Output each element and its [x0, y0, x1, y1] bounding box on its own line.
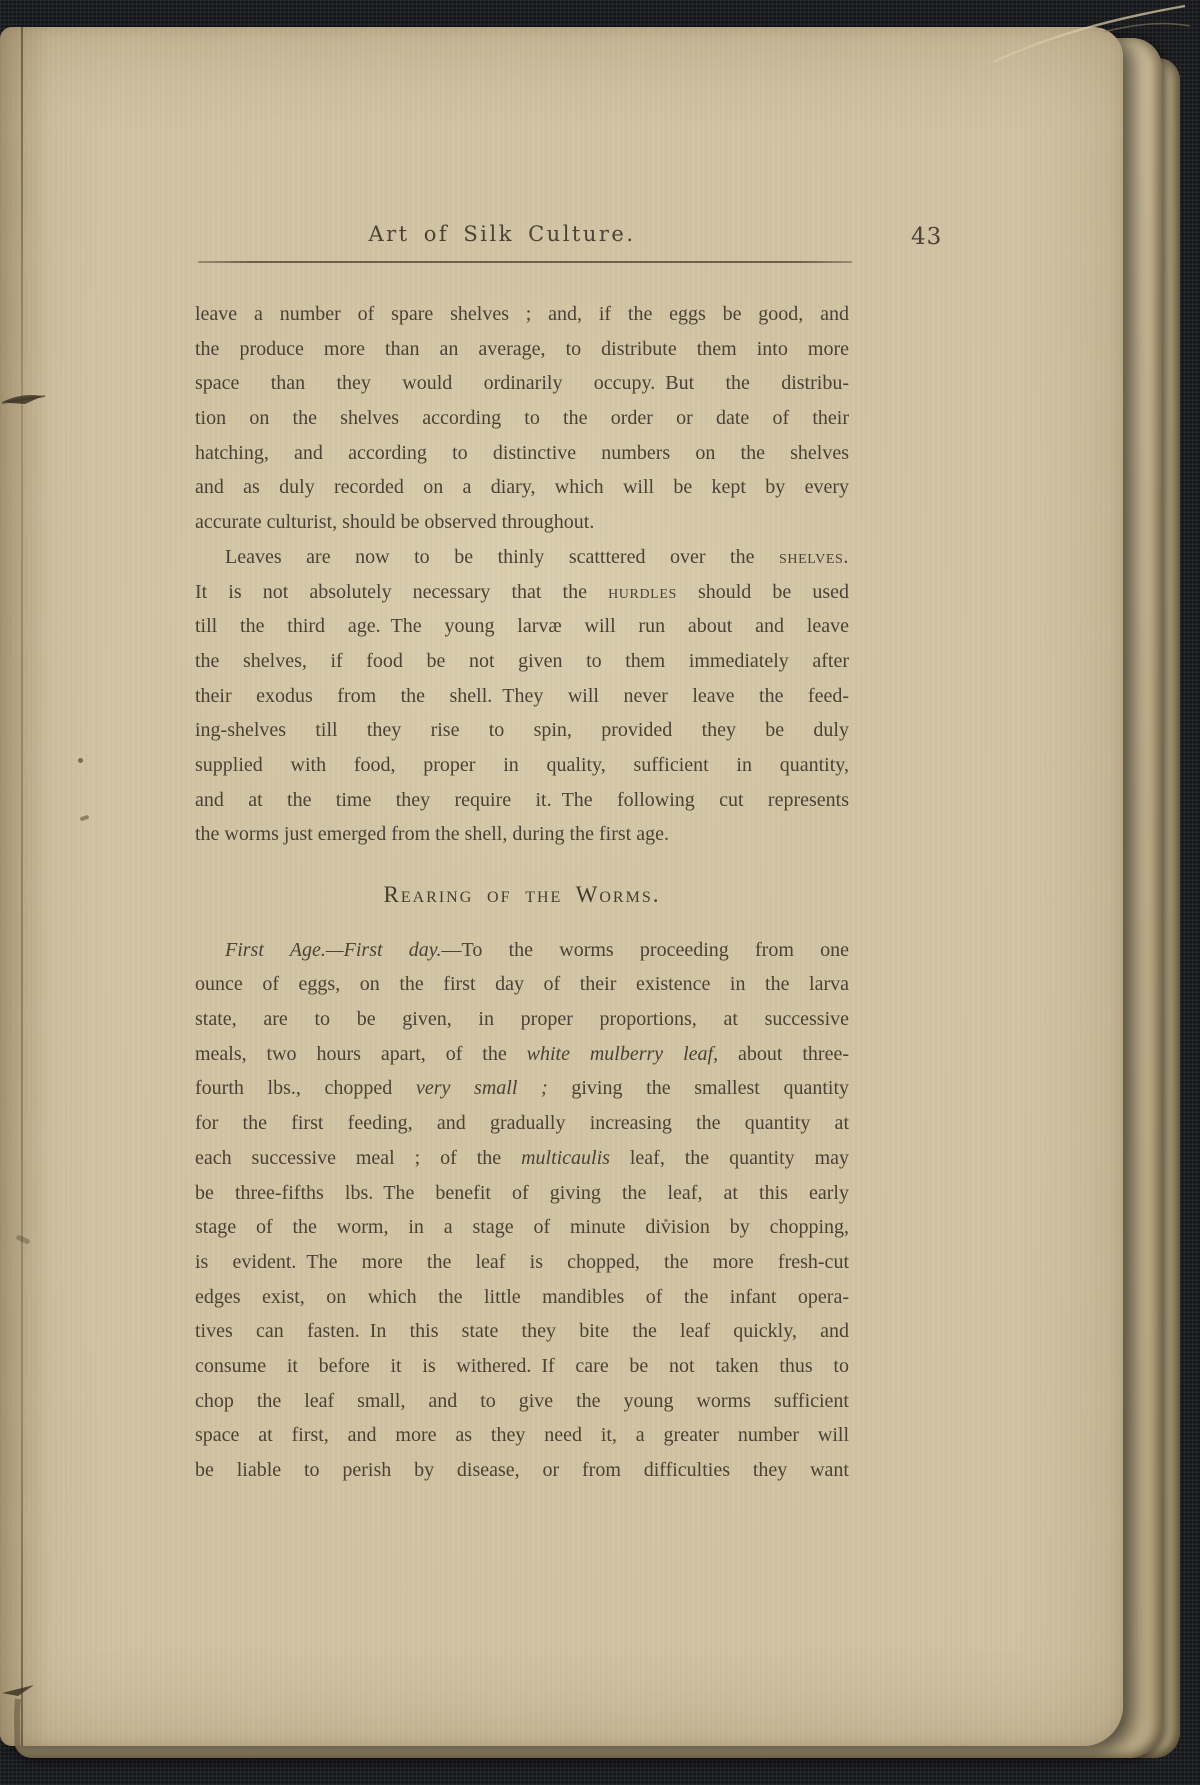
text-line: hatching, and according to distinctive n… — [195, 436, 849, 471]
body-text: tion on the shelves according to the ord… — [195, 407, 849, 429]
text-line: Leaves are now to be thinly scatttered o… — [195, 540, 849, 575]
body-text: meals, two hours apart, of the — [195, 1043, 527, 1065]
italic-text: multicaulis — [521, 1147, 610, 1169]
body-text: about three- — [718, 1043, 849, 1065]
body-text: the worms just emerged from the shell, d… — [195, 823, 669, 845]
text-line: is evident. The more the leaf is chopped… — [195, 1245, 849, 1280]
text-line: stage of the worm, in a stage of minute … — [195, 1210, 849, 1245]
book-page: Art of Silk Culture. 43 leave a number o… — [0, 27, 1123, 1746]
text-line: tives can fasten. In this state they bit… — [195, 1314, 849, 1349]
paragraph: First Age.—First day.—To the worms proce… — [195, 933, 849, 1488]
body-text: the produce more than an average, to dis… — [195, 338, 849, 360]
paragraph: leave a number of spare shelves ; and, i… — [195, 297, 849, 540]
body-text: chop the leaf small, and to give the you… — [195, 1390, 849, 1412]
text-line: space at first, and more as they need it… — [195, 1418, 849, 1453]
text-line: fourth lbs., chopped very small ; giving… — [195, 1071, 849, 1106]
body-text: ing-shelves till they rise to spin, prov… — [195, 719, 849, 741]
text-line: meals, two hours apart, of the white mul… — [195, 1037, 849, 1072]
text-line: the shelves, if food be not given to the… — [195, 644, 849, 679]
body-text: and as duly recorded on a diary, which w… — [195, 476, 849, 498]
text-line: the produce more than an average, to dis… — [195, 332, 849, 367]
paragraph: Leaves are now to be thinly scatttered o… — [195, 540, 849, 852]
paper-speck — [78, 758, 83, 763]
text-line: chop the leaf small, and to give the you… — [195, 1384, 849, 1419]
header-rule — [198, 261, 852, 263]
text-line: ounce of eggs, on the first day of their… — [195, 967, 849, 1002]
body-text: be liable to perish by disease, or from … — [195, 1459, 849, 1481]
body-text: state, are to be given, in proper propor… — [195, 1008, 849, 1030]
body-text: the shelves, if food be not given to the… — [195, 650, 849, 672]
paper-speck — [80, 815, 90, 822]
body-text: each successive meal ; of the — [195, 1147, 521, 1169]
body-text: space than they would ordinarily occupy.… — [195, 372, 849, 394]
text-line: leave a number of spare shelves ; and, i… — [195, 297, 849, 332]
scan-background: Art of Silk Culture. 43 leave a number o… — [0, 0, 1200, 1785]
body-text: fourth lbs., chopped — [195, 1077, 416, 1099]
body-text: should be used — [677, 581, 849, 603]
body-text: space at first, and more as they need it… — [195, 1424, 849, 1446]
body-text: hatching, and according to distinctive n… — [195, 442, 849, 464]
text-line: each successive meal ; of the multicauli… — [195, 1141, 849, 1176]
text-line: and as duly recorded on a diary, which w… — [195, 470, 849, 505]
paper-speck — [664, 1219, 668, 1222]
text-line: space than they would ordinarily occupy.… — [195, 366, 849, 401]
body-text: is evident. The more the leaf is chopped… — [195, 1251, 849, 1273]
text-block: leave a number of spare shelves ; and, i… — [195, 297, 849, 1488]
text-line: tion on the shelves according to the ord… — [195, 401, 849, 436]
text-line: First Age.—First day.—To the worms proce… — [195, 933, 849, 968]
text-line: till the third age. The young larvæ will… — [195, 609, 849, 644]
text-line: state, are to be given, in proper propor… — [195, 1002, 849, 1037]
italic-text: white mulberry leaf, — [527, 1043, 718, 1065]
body-text: It is not absolutely necessary that the — [195, 581, 608, 603]
body-text: till the third age. The young larvæ will… — [195, 615, 849, 637]
text-line: edges exist, on which the little mandibl… — [195, 1280, 849, 1315]
body-text: tives can fasten. In this state they bit… — [195, 1320, 849, 1342]
text-line: supplied with food, proper in quality, s… — [195, 748, 849, 783]
text-line: It is not absolutely necessary that the … — [195, 575, 849, 610]
body-text: consume it before it is withered. If car… — [195, 1355, 849, 1377]
body-text: giving the smallest quantity — [548, 1077, 849, 1099]
smallcaps-text: shelves. — [779, 546, 849, 568]
body-text: supplied with food, proper in quality, s… — [195, 754, 849, 776]
body-text: —To the worms proceeding from one — [442, 939, 849, 961]
body-text: Leaves are now to be thinly scatttered o… — [225, 546, 779, 568]
body-text: and at the time they require it. The fol… — [195, 789, 849, 811]
section-heading: Rearing of the Worms. — [195, 878, 849, 913]
text-line: be three-fifths lbs. The benefit of givi… — [195, 1176, 849, 1211]
running-head: Art of Silk Culture. — [172, 220, 832, 248]
body-text: be three-fifths lbs. The benefit of givi… — [195, 1182, 849, 1204]
gutter-crease — [21, 27, 23, 1746]
text-line: ing-shelves till they rise to spin, prov… — [195, 713, 849, 748]
body-text: accurate culturist, should be observed t… — [195, 511, 594, 533]
body-text: for the first feeding, and gradually inc… — [195, 1112, 849, 1134]
italic-text: very small ; — [416, 1077, 548, 1099]
body-text: stage of the worm, in a stage of minute … — [195, 1216, 849, 1238]
body-text: leaf, the quantity may — [610, 1147, 849, 1169]
text-line: be liable to perish by disease, or from … — [195, 1453, 849, 1488]
body-text: leave a number of spare shelves ; and, i… — [195, 303, 849, 325]
text-line: consume it before it is withered. If car… — [195, 1349, 849, 1384]
page-number: 43 — [911, 222, 942, 252]
text-line: for the first feeding, and gradually inc… — [195, 1106, 849, 1141]
running-head-title: Art of Silk Culture. — [368, 222, 635, 246]
smallcaps-text: hurdles — [608, 581, 677, 603]
body-text: their exodus from the shell. They will n… — [195, 685, 849, 707]
text-line: accurate culturist, should be observed t… — [195, 505, 849, 540]
text-line: their exodus from the shell. They will n… — [195, 679, 849, 714]
text-line: and at the time they require it. The fol… — [195, 783, 849, 818]
body-text: edges exist, on which the little mandibl… — [195, 1286, 849, 1308]
gutter-shadow — [0, 27, 50, 1746]
body-text: ounce of eggs, on the first day of their… — [195, 973, 849, 995]
italic-text: First Age.—First day. — [225, 939, 442, 961]
text-line: the worms just emerged from the shell, d… — [195, 817, 849, 852]
